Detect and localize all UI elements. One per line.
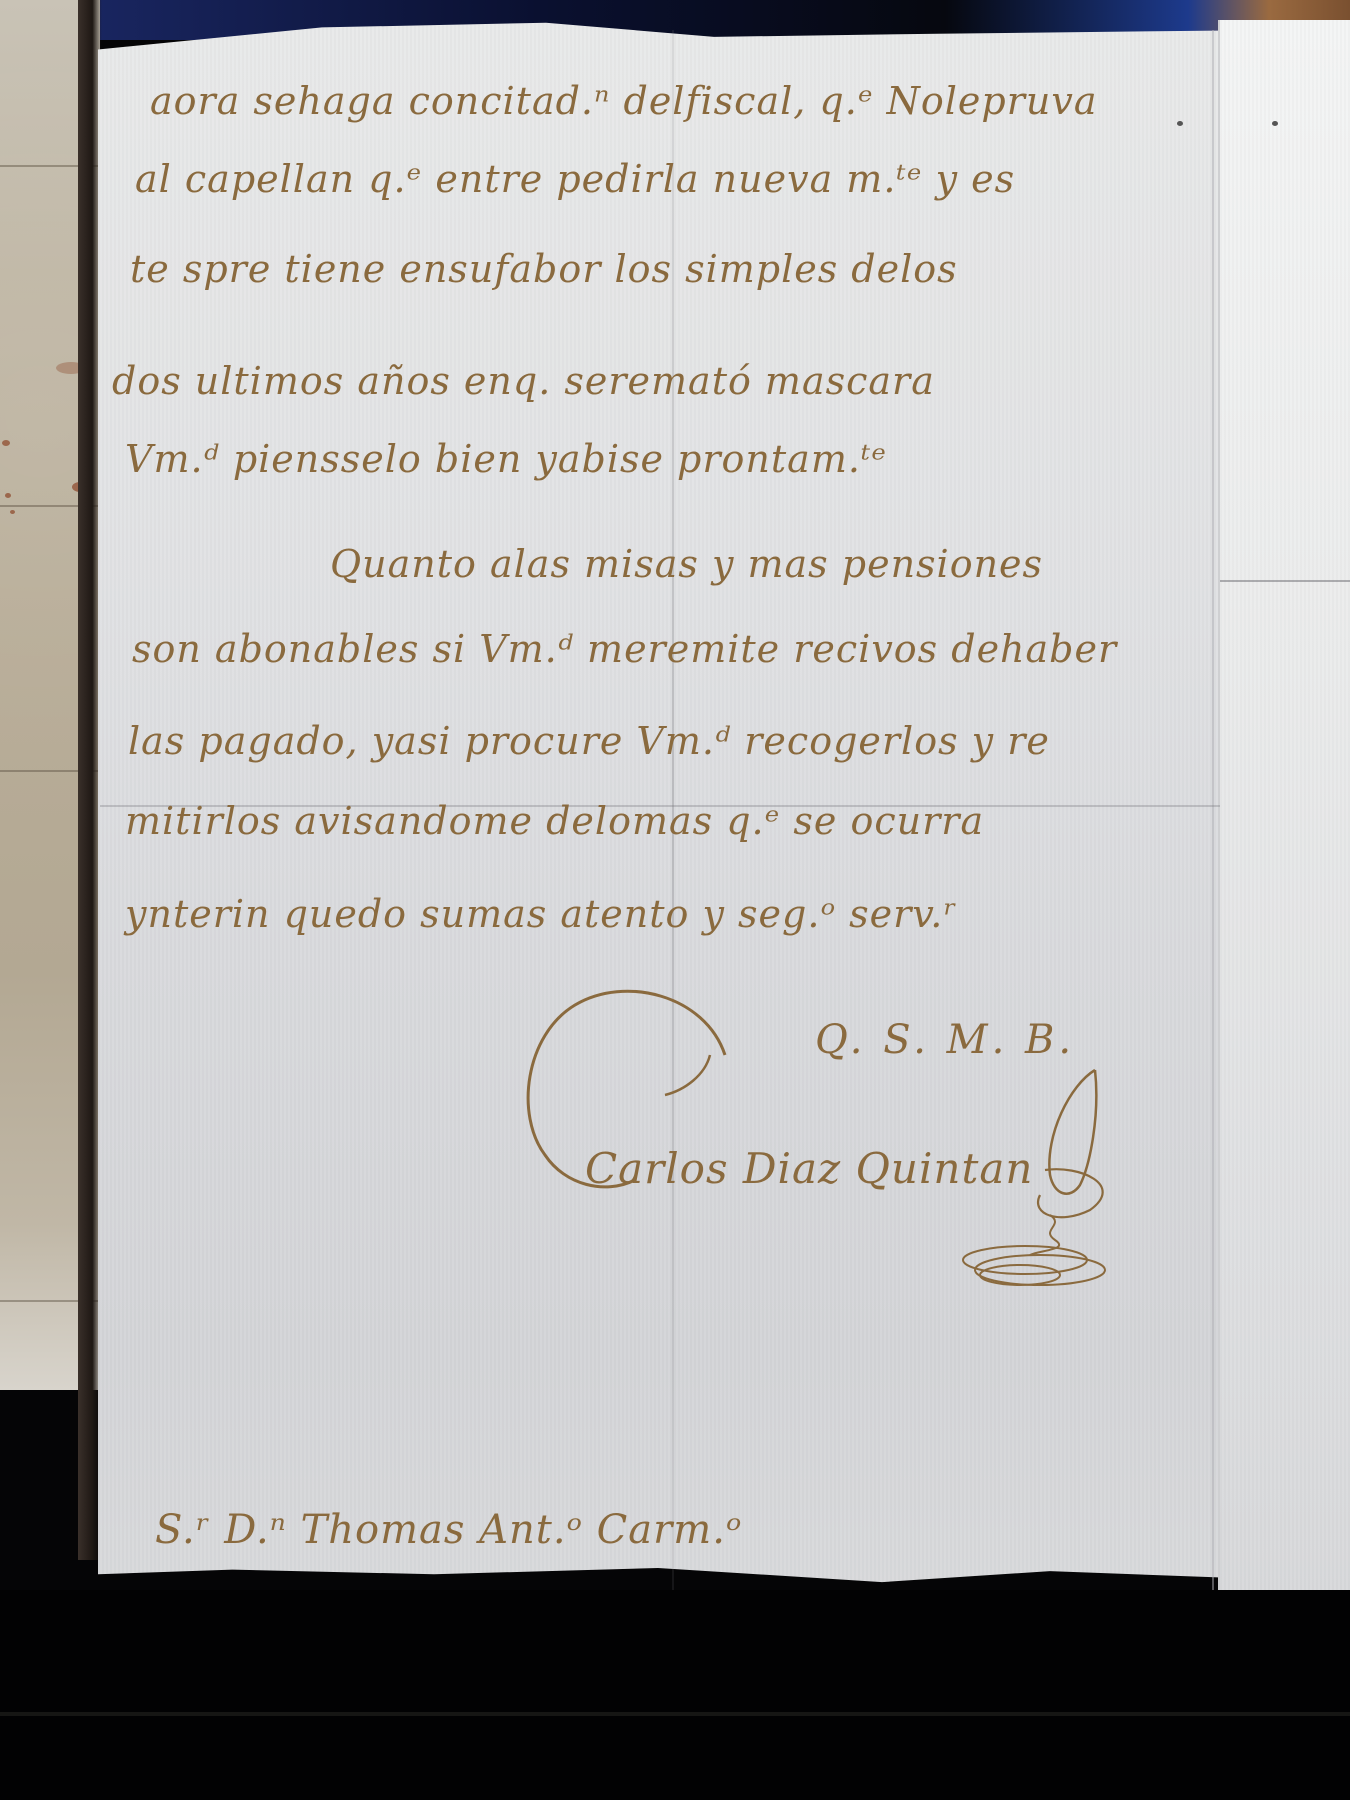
letter-line: las pagado, yasi procure Vm.ᵈ recogerlos…: [128, 722, 1050, 760]
vertical-fold: [1212, 30, 1214, 1590]
letter-line: al capellan q.ᵉ entre pedirla nueva m.ᵗᵉ…: [135, 160, 1015, 198]
folded-paper-right: [1218, 20, 1350, 1600]
letter-line: mitirlos avisandome delomas q.ᵉ se ocurr…: [125, 802, 984, 840]
ink-stain: [5, 493, 11, 498]
letter-line: Vm.ᵈ piensselo bien yabise prontam.ᵗᵉ: [125, 440, 887, 478]
pin-hole: [1272, 121, 1278, 126]
addressee-line: S.ʳ D.ⁿ Thomas Ant.ᵒ Carm.ᵒ: [155, 1510, 742, 1550]
closing-formula: Q. S. M. B.: [815, 1020, 1075, 1060]
letter-line: dos ultimos años enq. seremató mascara: [112, 362, 935, 400]
background-dark-bottom: [0, 1590, 1350, 1800]
pin-hole: [1177, 121, 1183, 126]
ink-stain: [2, 440, 10, 446]
ink-stain: [10, 510, 15, 514]
letter-line: te spre tiene ensufabor los simples delo…: [130, 250, 958, 288]
letter-line: son abonables si Vm.ᵈ meremite recivos d…: [132, 630, 1117, 668]
letter-line: aora sehaga concitad.ⁿ delfiscal, q.ᵉ No…: [150, 82, 1097, 120]
letter-line: ynterin quedo sumas atento y seg.ᵒ serv.…: [125, 895, 958, 933]
letter-line: Quanto alas misas y mas pensiones: [330, 545, 1043, 583]
horizontal-fold: [1220, 580, 1350, 582]
signature-rubric-icon: [950, 1065, 1130, 1295]
table-edge: [0, 1712, 1350, 1716]
